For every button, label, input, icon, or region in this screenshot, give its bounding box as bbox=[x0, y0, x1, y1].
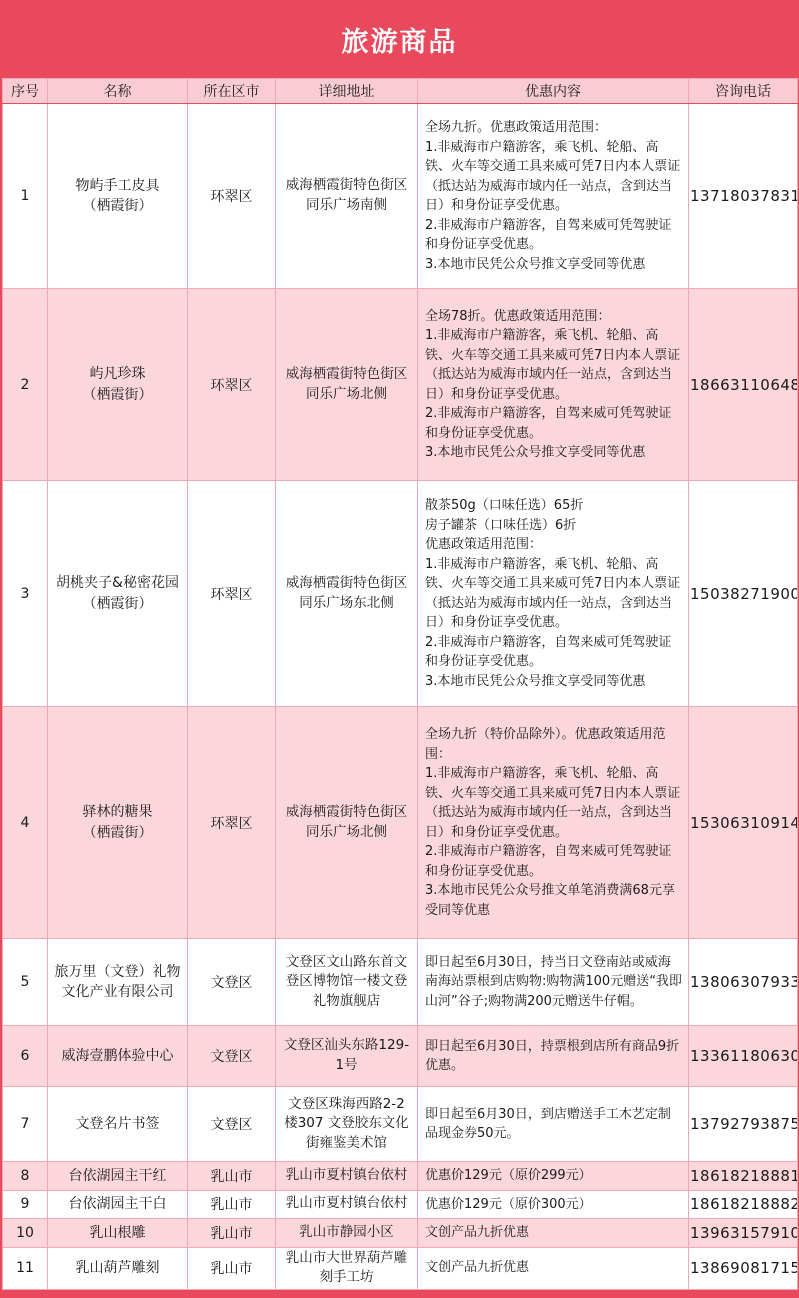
page: 旅游商品 序号 名称 所在区市 详细地址 优惠内容 咨询电话 1 物屿手工皮具 … bbox=[0, 0, 799, 1298]
cell-no: 7 bbox=[3, 1087, 48, 1162]
cell-district: 文登区 bbox=[188, 1026, 276, 1087]
cell-discount: 即日起至6月30日，持当日文登南站或威海南海站票根到店购物:购物满100元赠送“… bbox=[418, 939, 689, 1026]
table-row: 6 威海壹鹏体验中心 文登区 文登区汕头东路129- 1号 即日起至6月30日，… bbox=[3, 1026, 798, 1087]
column-header-phone: 咨询电话 bbox=[689, 79, 798, 104]
cell-discount: 散茶50g（口味任选）65折 房子罐茶（口味任选）6折 优惠政策适用范围： 1.… bbox=[418, 481, 689, 707]
cell-phone: 13792793875 bbox=[689, 1087, 798, 1162]
table-row: 7 文登名片书签 文登区 文登区珠海西路2-2 楼307 文登胶东文化 街雍鉴美… bbox=[3, 1087, 798, 1162]
cell-phone: 15038271900 bbox=[689, 481, 798, 707]
cell-address: 文登区珠海西路2-2 楼307 文登胶东文化 街雍鉴美术馆 bbox=[276, 1087, 418, 1162]
cell-discount: 即日起至6月30日，到店赠送手工木艺定制品现金券50元。 bbox=[418, 1087, 689, 1162]
cell-no: 6 bbox=[3, 1026, 48, 1087]
title-band: 旅游商品 bbox=[2, 0, 797, 78]
cell-phone: 18618218882 bbox=[689, 1190, 798, 1219]
cell-no: 5 bbox=[3, 939, 48, 1026]
cell-district: 环翠区 bbox=[188, 481, 276, 707]
cell-district: 环翠区 bbox=[188, 707, 276, 939]
cell-address: 文登区文山路东首文 登区博物馆一楼文登 礼物旗舰店 bbox=[276, 939, 418, 1026]
cell-phone: 13718037831 bbox=[689, 104, 798, 289]
cell-address: 文登区汕头东路129- 1号 bbox=[276, 1026, 418, 1087]
cell-discount: 即日起至6月30日，持票根到店所有商品9折优惠。 bbox=[418, 1026, 689, 1087]
cell-address: 乳山市静园小区 bbox=[276, 1219, 418, 1248]
column-header-name: 名称 bbox=[48, 79, 188, 104]
cell-district: 乳山市 bbox=[188, 1219, 276, 1248]
cell-discount: 文创产品九折优惠 bbox=[418, 1247, 689, 1289]
tourism-products-table: 序号 名称 所在区市 详细地址 优惠内容 咨询电话 1 物屿手工皮具 （栖霞街）… bbox=[2, 78, 798, 1290]
cell-phone: 18618218881 bbox=[689, 1162, 798, 1191]
cell-district: 文登区 bbox=[188, 939, 276, 1026]
cell-address: 威海栖霞街特色街区 同乐广场北侧 bbox=[276, 289, 418, 481]
cell-no: 2 bbox=[3, 289, 48, 481]
cell-discount: 全场九折。优惠政策适用范围： 1.非威海市户籍游客，乘飞机、轮船、高铁、火车等交… bbox=[418, 104, 689, 289]
column-header-address: 详细地址 bbox=[276, 79, 418, 104]
cell-phone: 13963157910 bbox=[689, 1219, 798, 1248]
cell-name: 台依湖园主干红 bbox=[48, 1162, 188, 1191]
cell-address: 乳山市夏村镇台依村 bbox=[276, 1162, 418, 1191]
cell-name: 旅万里（文登）礼物 文化产业有限公司 bbox=[48, 939, 188, 1026]
column-header-no: 序号 bbox=[3, 79, 48, 104]
cell-district: 乳山市 bbox=[188, 1190, 276, 1219]
cell-address: 乳山市大世界葫芦雕 刻手工坊 bbox=[276, 1247, 418, 1289]
cell-address: 威海栖霞街特色街区 同乐广场北侧 bbox=[276, 707, 418, 939]
cell-discount: 优惠价129元（原价299元） bbox=[418, 1162, 689, 1191]
column-header-discount: 优惠内容 bbox=[418, 79, 689, 104]
cell-name: 乳山根雕 bbox=[48, 1219, 188, 1248]
table-row: 5 旅万里（文登）礼物 文化产业有限公司 文登区 文登区文山路东首文 登区博物馆… bbox=[3, 939, 798, 1026]
page-title: 旅游商品 bbox=[342, 20, 458, 59]
cell-no: 1 bbox=[3, 104, 48, 289]
cell-phone: 15306310914 bbox=[689, 707, 798, 939]
table-row: 2 屿凡珍珠 （栖霞街） 环翠区 威海栖霞街特色街区 同乐广场北侧 全场78折。… bbox=[3, 289, 798, 481]
cell-discount: 全场78折。优惠政策适用范围： 1.非威海市户籍游客，乘飞机、轮船、高铁、火车等… bbox=[418, 289, 689, 481]
cell-discount: 文创产品九折优惠 bbox=[418, 1219, 689, 1248]
cell-phone: 13361180630 bbox=[689, 1026, 798, 1087]
table-row: 3 胡桃夹子&秘密花园 （栖霞街） 环翠区 威海栖霞街特色街区 同乐广场东北侧 … bbox=[3, 481, 798, 707]
cell-no: 8 bbox=[3, 1162, 48, 1191]
cell-no: 10 bbox=[3, 1219, 48, 1248]
cell-name: 威海壹鹏体验中心 bbox=[48, 1026, 188, 1087]
cell-no: 11 bbox=[3, 1247, 48, 1289]
cell-name: 胡桃夹子&秘密花园 （栖霞街） bbox=[48, 481, 188, 707]
table-row: 8 台依湖园主干红 乳山市 乳山市夏村镇台依村 优惠价129元（原价299元） … bbox=[3, 1162, 798, 1191]
cell-phone: 13869081715 bbox=[689, 1247, 798, 1289]
cell-address: 威海栖霞街特色街区 同乐广场东北侧 bbox=[276, 481, 418, 707]
header-row: 序号 名称 所在区市 详细地址 优惠内容 咨询电话 bbox=[3, 79, 798, 104]
cell-district: 乳山市 bbox=[188, 1162, 276, 1191]
cell-name: 物屿手工皮具 （栖霞街） bbox=[48, 104, 188, 289]
table-row: 1 物屿手工皮具 （栖霞街） 环翠区 威海栖霞街特色街区 同乐广场南侧 全场九折… bbox=[3, 104, 798, 289]
cell-district: 环翠区 bbox=[188, 289, 276, 481]
cell-phone: 18663110648 bbox=[689, 289, 798, 481]
table-row: 4 驿林的糖果 （栖霞街） 环翠区 威海栖霞街特色街区 同乐广场北侧 全场九折（… bbox=[3, 707, 798, 939]
cell-name: 文登名片书签 bbox=[48, 1087, 188, 1162]
cell-name: 乳山葫芦雕刻 bbox=[48, 1247, 188, 1289]
cell-district: 文登区 bbox=[188, 1087, 276, 1162]
cell-discount: 全场九折（特价品除外）。优惠政策适用范围： 1.非威海市户籍游客，乘飞机、轮船、… bbox=[418, 707, 689, 939]
table-row: 9 台依湖园主干白 乳山市 乳山市夏村镇台依村 优惠价129元（原价300元） … bbox=[3, 1190, 798, 1219]
cell-no: 9 bbox=[3, 1190, 48, 1219]
cell-address: 威海栖霞街特色街区 同乐广场南侧 bbox=[276, 104, 418, 289]
cell-district: 环翠区 bbox=[188, 104, 276, 289]
column-header-district: 所在区市 bbox=[188, 79, 276, 104]
cell-no: 3 bbox=[3, 481, 48, 707]
table-row: 10 乳山根雕 乳山市 乳山市静园小区 文创产品九折优惠 13963157910 bbox=[3, 1219, 798, 1248]
table-row: 11 乳山葫芦雕刻 乳山市 乳山市大世界葫芦雕 刻手工坊 文创产品九折优惠 13… bbox=[3, 1247, 798, 1289]
cell-name: 台依湖园主干白 bbox=[48, 1190, 188, 1219]
cell-address: 乳山市夏村镇台依村 bbox=[276, 1190, 418, 1219]
cell-no: 4 bbox=[3, 707, 48, 939]
cell-district: 乳山市 bbox=[188, 1247, 276, 1289]
cell-phone: 13806307933 bbox=[689, 939, 798, 1026]
cell-name: 屿凡珍珠 （栖霞街） bbox=[48, 289, 188, 481]
cell-discount: 优惠价129元（原价300元） bbox=[418, 1190, 689, 1219]
cell-name: 驿林的糖果 （栖霞街） bbox=[48, 707, 188, 939]
